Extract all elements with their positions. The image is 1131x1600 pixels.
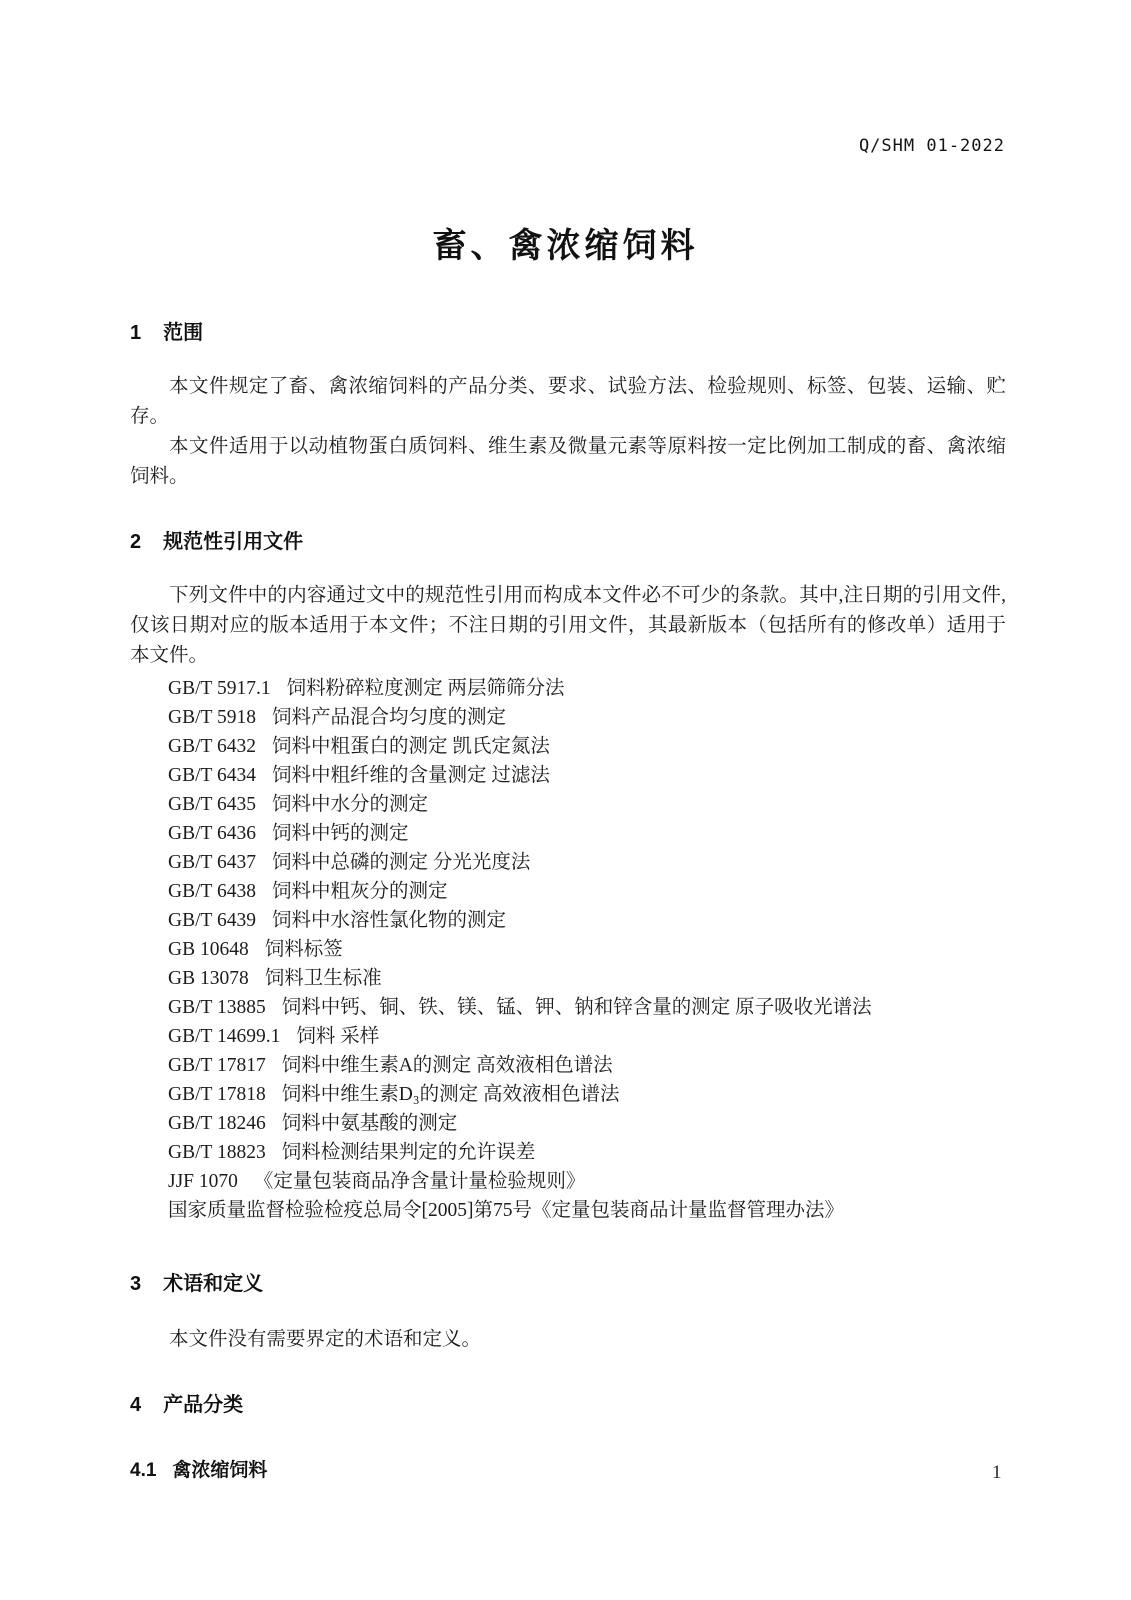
section-number: 2 xyxy=(130,529,141,555)
reference-item: GB/T 6436饲料中钙的测定 xyxy=(168,819,1006,848)
reference-item: GB/T 17817饲料中维生素A的测定 高效液相色谱法 xyxy=(168,1051,1006,1080)
reference-code: GB 10648 xyxy=(168,939,249,960)
reference-title: 国家质量监督检验检疫总局令[2005]第75号《定量包装商品计量监督管理办法》 xyxy=(168,1200,844,1221)
section-title: 范围 xyxy=(163,322,203,344)
section-title: 产品分类 xyxy=(163,1394,243,1416)
reference-title: 《定量包装商品净含量计量检验规则》 xyxy=(254,1171,586,1192)
reference-code: GB/T 6438 xyxy=(168,881,256,902)
reference-title: 饲料中总磷的测定 分光光度法 xyxy=(272,852,530,873)
reference-title: 饲料中水分的测定 xyxy=(272,794,428,815)
references-list: GB/T 5917.1饲料粉碎粒度测定 两层筛筛分法 GB/T 5918饲料产品… xyxy=(130,674,1006,1225)
reference-code: GB/T 6432 xyxy=(168,736,256,757)
reference-title: 饲料中水溶性氯化物的测定 xyxy=(272,910,506,931)
reference-title: 饲料 采样 xyxy=(296,1026,379,1047)
paragraph: 本文件没有需要界定的术语和定义。 xyxy=(130,1325,1006,1355)
reference-title: 饲料粉碎粒度测定 两层筛筛分法 xyxy=(287,678,565,699)
reference-title: 饲料产品混合均匀度的测定 xyxy=(272,707,506,728)
reference-item: GB 13078饲料卫生标准 xyxy=(168,964,1006,993)
reference-code: GB/T 6434 xyxy=(168,765,256,786)
reference-item: GB/T 5918饲料产品混合均匀度的测定 xyxy=(168,703,1006,732)
reference-item: GB/T 6432饲料中粗蛋白的测定 凯氏定氮法 xyxy=(168,732,1006,761)
reference-code: GB/T 14699.1 xyxy=(168,1026,280,1047)
reference-item: GB/T 18246饲料中氨基酸的测定 xyxy=(168,1109,1006,1138)
section-heading-classification: 4产品分类 xyxy=(130,1392,1006,1418)
reference-code: GB 13078 xyxy=(168,968,249,989)
section-title: 规范性引用文件 xyxy=(163,531,303,553)
reference-code: GB/T 6435 xyxy=(168,794,256,815)
reference-item: JJF 1070《定量包装商品净含量计量检验规则》 xyxy=(168,1167,1006,1196)
doc-title: 畜、禽浓缩饲料 xyxy=(0,218,1131,267)
reference-code: JJF 1070 xyxy=(168,1171,238,1192)
reference-item: GB/T 6437饲料中总磷的测定 分光光度法 xyxy=(168,848,1006,877)
reference-item: GB/T 6435饲料中水分的测定 xyxy=(168,790,1006,819)
paragraph: 下列文件中的内容通过文中的规范性引用而构成本文件必不可少的条款。其中,注日期的引… xyxy=(130,581,1006,671)
document-page: Q/SHM 01-2022 畜、禽浓缩饲料 1范围 本文件规定了畜、禽浓缩饲料的… xyxy=(0,0,1131,1600)
section-number: 4 xyxy=(130,1392,141,1418)
reference-code: GB/T 5918 xyxy=(168,707,256,728)
reference-title: 饲料中维生素A的测定 高效液相色谱法 xyxy=(282,1055,613,1076)
reference-title: 饲料卫生标准 xyxy=(265,968,382,989)
reference-item: GB/T 13885饲料中钙、铜、铁、镁、锰、钾、钠和锌含量的测定 原子吸收光谱… xyxy=(168,993,1006,1022)
document-content: 1范围 本文件规定了畜、禽浓缩饲料的产品分类、要求、试验方法、检验规则、标签、包… xyxy=(130,312,1006,1484)
reference-item: GB/T 5917.1饲料粉碎粒度测定 两层筛筛分法 xyxy=(168,674,1006,703)
doc-code: Q/SHM 01-2022 xyxy=(859,136,1005,156)
subsection-title: 禽浓缩饲料 xyxy=(172,1460,267,1481)
reference-title: 饲料中钙的测定 xyxy=(272,823,409,844)
paragraph: 本文件规定了畜、禽浓缩饲料的产品分类、要求、试验方法、检验规则、标签、包装、运输… xyxy=(130,372,1006,432)
reference-item: GB/T 17818饲料中维生素D₃的测定 高效液相色谱法 xyxy=(168,1080,1006,1109)
reference-title: 饲料中氨基酸的测定 xyxy=(282,1113,458,1134)
reference-code: GB/T 6439 xyxy=(168,910,256,931)
normative-refs-intro-block: 下列文件中的内容通过文中的规范性引用而构成本文件必不可少的条款。其中,注日期的引… xyxy=(130,581,1006,671)
reference-title: 饲料标签 xyxy=(265,939,343,960)
reference-title: 饲料中粗灰分的测定 xyxy=(272,881,448,902)
terms-paragraph-block: 本文件没有需要界定的术语和定义。 xyxy=(130,1325,1006,1355)
reference-code: GB/T 13885 xyxy=(168,997,266,1018)
reference-item: GB/T 6439饲料中水溶性氯化物的测定 xyxy=(168,906,1006,935)
reference-title: 饲料中维生素D₃的测定 高效液相色谱法 xyxy=(282,1084,620,1105)
paragraph: 本文件适用于以动植物蛋白质饲料、维生素及微量元素等原料按一定比例加工制成的畜、禽… xyxy=(130,432,1006,492)
section-heading-normative-refs: 2规范性引用文件 xyxy=(130,529,1006,555)
subsection-heading-4-1: 4.1禽浓缩饲料 xyxy=(130,1458,1006,1484)
reference-title: 饲料中粗纤维的含量测定 过滤法 xyxy=(272,765,550,786)
reference-title: 饲料中钙、铜、铁、镁、锰、钾、钠和锌含量的测定 原子吸收光谱法 xyxy=(282,997,872,1018)
reference-item: GB/T 6434饲料中粗纤维的含量测定 过滤法 xyxy=(168,761,1006,790)
reference-item: GB 10648饲料标签 xyxy=(168,935,1006,964)
reference-code: GB/T 18823 xyxy=(168,1142,266,1163)
subsection-number: 4.1 xyxy=(130,1458,156,1484)
reference-code: GB/T 6436 xyxy=(168,823,256,844)
reference-code: GB/T 5917.1 xyxy=(168,678,271,699)
section-number: 3 xyxy=(130,1271,141,1297)
reference-item: GB/T 14699.1饲料 采样 xyxy=(168,1022,1006,1051)
reference-code: GB/T 17818 xyxy=(168,1084,266,1105)
reference-code: GB/T 6437 xyxy=(168,852,256,873)
section-heading-terms: 3术语和定义 xyxy=(130,1271,1006,1297)
section-title: 术语和定义 xyxy=(163,1273,263,1295)
reference-item: GB/T 6438饲料中粗灰分的测定 xyxy=(168,877,1006,906)
scope-paragraphs: 本文件规定了畜、禽浓缩饲料的产品分类、要求、试验方法、检验规则、标签、包装、运输… xyxy=(130,372,1006,492)
page-number: 1 xyxy=(992,1462,1002,1484)
reference-item: 国家质量监督检验检疫总局令[2005]第75号《定量包装商品计量监督管理办法》 xyxy=(168,1196,1006,1225)
section-number: 1 xyxy=(130,320,141,346)
section-heading-scope: 1范围 xyxy=(130,320,1006,346)
reference-item: GB/T 18823饲料检测结果判定的允许误差 xyxy=(168,1138,1006,1167)
reference-code: GB/T 17817 xyxy=(168,1055,266,1076)
reference-code: GB/T 18246 xyxy=(168,1113,266,1134)
reference-title: 饲料中粗蛋白的测定 凯氏定氮法 xyxy=(272,736,550,757)
reference-title: 饲料检测结果判定的允许误差 xyxy=(282,1142,536,1163)
